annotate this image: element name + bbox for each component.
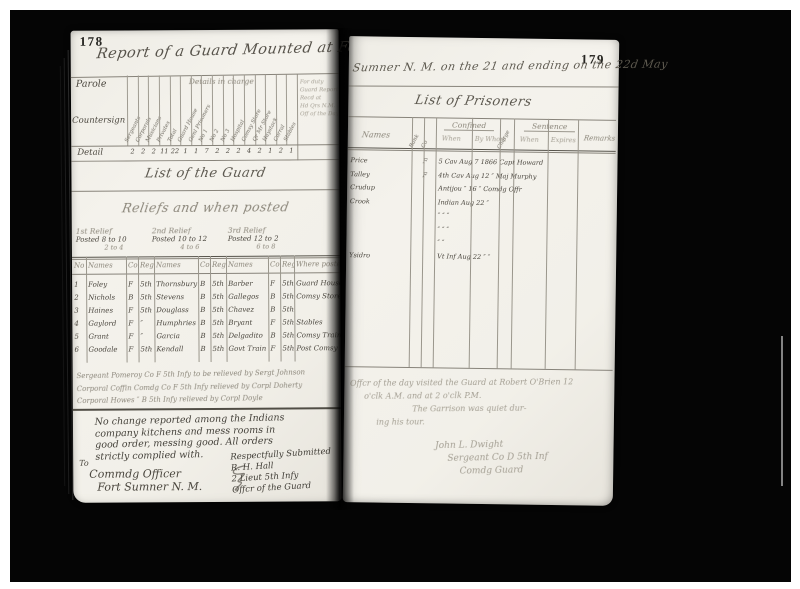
prisoner-row: Ysidro Vt Inf Aug 22 ″ ″: [346, 249, 614, 266]
book-gutter: [326, 28, 354, 510]
relief-row-co-2: B: [198, 330, 210, 343]
relief-row-co-1: F: [126, 343, 138, 356]
prisoner-name: [347, 208, 411, 222]
relief-row-name-2: Stevens: [154, 291, 198, 304]
relief-row-name-2: Thornsbury: [154, 278, 198, 291]
relief-row-name-3: Barber: [226, 278, 268, 291]
sentence-when-header: When: [520, 136, 539, 144]
relief-row-co-3: B: [268, 330, 280, 343]
prisoner-rows: Price F 5 Cav Aug 7 1866 Capt Howard Tal…: [346, 154, 615, 266]
relief-row-name-3: Chavez: [226, 304, 268, 317]
right-signature-block: John L. DwightSergeant Co D 5th InfComdg…: [435, 437, 596, 479]
detail-value: 2: [212, 147, 223, 155]
prisoners-bottom-line: [345, 366, 613, 371]
relief-row-regt-2: 5th: [210, 304, 226, 317]
relief-group-headers: 1st Relief Posted 8 to 10 2 to 4 2nd Rel…: [76, 225, 306, 251]
detail-table-bottom-line: [71, 159, 339, 162]
relief-row-regt-1: 5th: [138, 343, 154, 356]
sentence-header: Sentence: [524, 122, 575, 133]
relief-row-name-2: Kendall: [154, 343, 198, 356]
relief-row-regt-3: 5th: [280, 329, 294, 342]
relief-row-no: 4: [72, 318, 86, 331]
relief-row-regt-3: 5th: [280, 303, 294, 316]
names-header: Names: [361, 130, 391, 139]
reliefs-heading: Reliefs and when posted: [70, 199, 341, 216]
remarks-rule: [73, 407, 341, 411]
relief-row-name-2: Humphries: [154, 317, 198, 330]
officer-notes: Offcr of the day visited the Guard at Ro…: [350, 375, 606, 429]
relief-row-name-3: Delgadito: [226, 330, 268, 343]
scan-black-background: 178 Report of a Guard Mounted at Fort Pa…: [10, 10, 791, 582]
report-title-right: Sumner N. M. on the 21 and ending on the…: [352, 58, 594, 74]
relief-column-header: Names: [154, 259, 198, 272]
rank-label: Rank: [408, 134, 420, 150]
relief-column-header: Co: [198, 259, 210, 272]
detail-value: 2: [276, 147, 287, 155]
relief-row-name-2: Garcia: [154, 330, 198, 343]
relief-row-name-1: Goodale: [86, 343, 126, 356]
relief-row-co-2: B: [198, 343, 210, 356]
relief-column-header: Regt: [210, 259, 226, 272]
relief-rows: 1 Foley F 5th Thornsbury B 5th Barber F …: [72, 277, 340, 357]
countersign-label: Countersign: [72, 115, 125, 125]
detail-value: 4: [244, 147, 255, 155]
relief-row-co-3: B: [268, 291, 280, 304]
relief-column-header: Regt: [280, 258, 294, 271]
detail-columns: Sergeants Corporals Musicians Privates T…: [127, 74, 297, 145]
fort-sumner-line: Fort Sumner N. M.: [97, 480, 219, 494]
remarks-header: Remarks: [583, 134, 616, 142]
prisoners-heading: List of Prisoners: [347, 92, 600, 110]
relief-row-regt-1: ″: [138, 317, 154, 330]
addressee-block: To Commdg Officer Fort Sumner N. M.: [79, 458, 219, 494]
scan-artifact-line: [781, 336, 783, 486]
relief-row-name-3: Bryant: [226, 317, 268, 330]
prisoner-confinement-entry: Vt Inf Aug 22 ″ ″: [434, 250, 614, 266]
relief-group-name: 3rd Relief: [228, 225, 304, 234]
right-title-rule: [349, 86, 619, 88]
relief-row-name-1: Foley: [86, 278, 126, 291]
relief-row-regt-2: 5th: [210, 291, 226, 304]
relief-group-hours: 6 to 8: [228, 242, 304, 250]
relief-group-name: 2nd Relief: [152, 226, 228, 235]
relief-column-header: Regt: [138, 259, 154, 272]
relief-row-regt-1: 5th: [138, 291, 154, 304]
detail-value: 1: [180, 147, 191, 155]
relief-row-regt-1: ″: [138, 330, 154, 343]
relief-row-name-1: Grant: [86, 330, 126, 343]
officer-note-line: The Garrison was quiet dur-: [412, 401, 606, 415]
relief-column-header: No: [72, 260, 86, 273]
relief-row-co-3: F: [268, 317, 280, 330]
detail-value: 11: [159, 147, 170, 155]
relief-row-name-1: Nichols: [86, 291, 126, 304]
relief-row-co-2: B: [198, 291, 210, 304]
prisoner-name: Crudup: [347, 181, 411, 195]
relief-row-co-1: F: [126, 278, 138, 291]
relief-row-co-2: B: [198, 304, 210, 317]
detail-value: 22: [170, 147, 181, 155]
relief-row-no: 3: [72, 305, 86, 318]
relief-row-regt-2: 5th: [210, 330, 226, 343]
relief-group-hours: 2 to 4: [76, 243, 152, 251]
parole-label: Parole: [76, 79, 107, 90]
relief-row-no: 6: [72, 344, 86, 357]
detail-value: 2: [148, 147, 159, 155]
relief-row-co-3: B: [268, 304, 280, 317]
report-title-left: Report of a Guard Mounted at Fort: [96, 40, 343, 63]
detail-value: 1: [265, 147, 276, 155]
prisoner-name: [346, 235, 410, 249]
relief-row-co-2: B: [198, 317, 210, 330]
relief-row-no: 2: [72, 292, 86, 305]
relief-row-regt-2: 5th: [210, 343, 226, 356]
relief-row-name-2: Douglass: [154, 304, 198, 317]
relief-row-name-3: Govt Train: [226, 343, 268, 356]
prisoner-name: Price: [347, 154, 411, 168]
relief-column-headers: NoNamesCoRegtNamesCoRegtNamesCoRegtWhere…: [72, 258, 340, 273]
prisoners-table: Names Rank Co Confined When By Whom Char…: [345, 116, 616, 372]
relief-row-regt-3: 5th: [280, 290, 294, 303]
co-column-header: Co: [425, 117, 436, 151]
detail-values: 222112211722242121: [127, 146, 297, 155]
relief-group-hours: 4 to 6: [152, 243, 228, 251]
relief-row-regt-1: 5th: [138, 278, 154, 291]
relief-row-co-3: F: [268, 278, 280, 291]
relief-row-co-3: F: [268, 343, 280, 356]
detail-value: 2: [223, 147, 234, 155]
left-page: 178 Report of a Guard Mounted at Fort Pa…: [71, 29, 342, 503]
detail-value: 1: [286, 146, 297, 154]
left-signature-block: Respectfully SubmittedR. H. Hall2 Lieut …: [222, 446, 342, 497]
detail-value: 2: [254, 147, 265, 155]
relief-column-header: Names: [86, 259, 126, 272]
relief-row-regt-3: 5th: [280, 342, 294, 355]
relief-row-regt-2: 5th: [210, 317, 226, 330]
prisoner-name: Talley: [347, 168, 411, 182]
relief-group-name: 1st Relief: [76, 226, 152, 235]
guard-detail-table: Parole Countersign Details in charge Ser…: [71, 74, 340, 162]
relief-row: 6 Goodale F 5th Kendall B 5th Govt Train…: [72, 342, 340, 357]
sentence-expires-header: Expires: [551, 136, 576, 144]
prisoner-name: Crook: [347, 195, 411, 209]
guard-list-heading: List of the Guard: [70, 165, 341, 182]
relief-row-name-3: Gallegos: [226, 291, 268, 304]
prisoner-name: [346, 222, 410, 236]
relief-row-no: 5: [72, 331, 86, 344]
commanding-officer-line: Commdg Officer: [89, 467, 219, 481]
detail-value: 2: [233, 147, 244, 155]
relief-row-regt-2: 5th: [210, 278, 226, 291]
guard-list-rule: [72, 189, 340, 192]
confined-when-header: When: [442, 134, 461, 142]
right-signature-line: Comdg Guard: [460, 463, 596, 479]
confined-header: Confined: [444, 120, 494, 131]
relief-column-header: Co: [268, 259, 280, 272]
relief-row-regt-3: 5th: [280, 316, 294, 329]
right-page: 179 Sumner N. M. on the 21 and ending on…: [343, 36, 619, 506]
detail-column-label: Stables: [283, 121, 298, 142]
detail-value: 2: [127, 147, 138, 155]
detail-value: 2: [138, 147, 149, 155]
officer-note-line: ing his tour.: [376, 414, 606, 429]
relief-row-co-1: F: [126, 304, 138, 317]
relief-row-co-1: B: [126, 291, 138, 304]
detail-value: 1: [191, 147, 202, 155]
relief-column-header: Names: [226, 259, 268, 272]
relief-row-co-1: F: [126, 317, 138, 330]
relief-notes: Sergeant Pomeroy Co F 5th Infy to be rel…: [76, 366, 339, 408]
relief-row-name-1: Gaylord: [86, 317, 126, 330]
detail-value: 7: [201, 147, 212, 155]
reliefs-table: 1st Relief Posted 8 to 10 2 to 4 2nd Rel…: [72, 225, 341, 367]
relief-row-co-1: F: [126, 330, 138, 343]
detail-row-label: Detail: [77, 148, 103, 158]
relief-column-header: Co: [126, 259, 138, 272]
relief-row-regt-3: 5th: [280, 277, 294, 290]
relief-row-no: 1: [72, 279, 86, 292]
prisoner-name: Ysidro: [346, 249, 410, 263]
relief-row-name-1: Haines: [86, 304, 126, 317]
relief-row-co-2: B: [198, 278, 210, 291]
relief-row-regt-1: 5th: [138, 304, 154, 317]
charge-column-header: Charge: [501, 118, 514, 152]
